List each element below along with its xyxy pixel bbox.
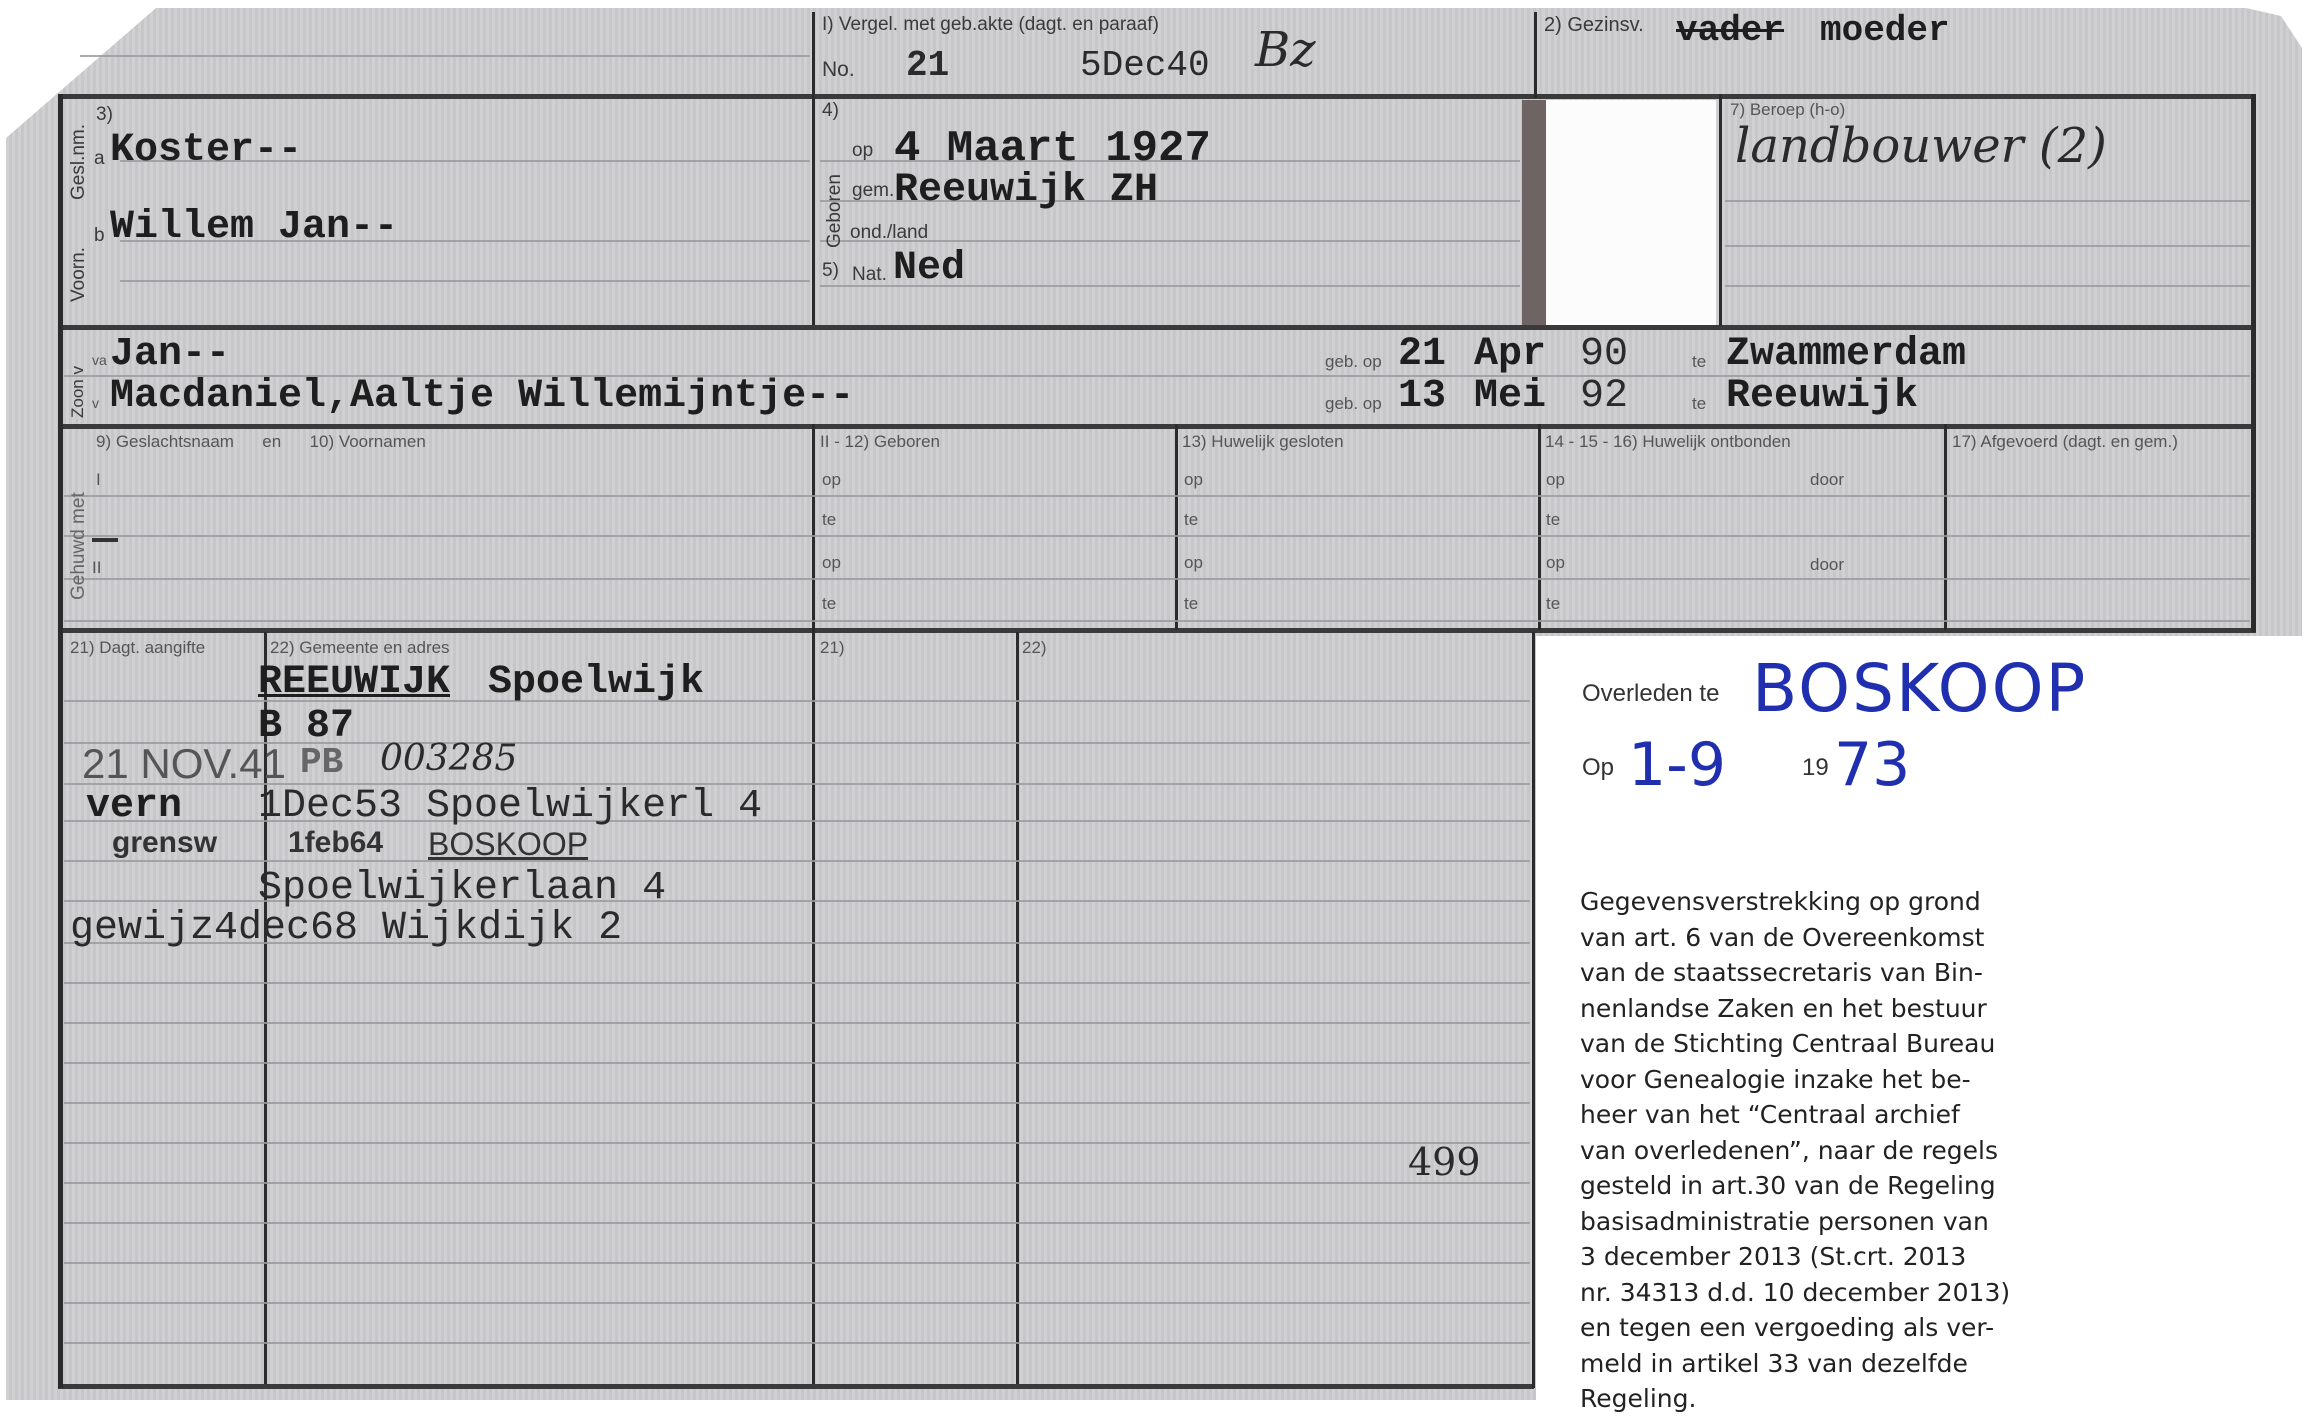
col3-op-1: op: [1184, 470, 1203, 490]
paraaf-signature: Bz: [1255, 22, 1316, 78]
geboren-side-label: Geboren: [824, 174, 846, 248]
ruling: [64, 620, 2250, 622]
header-divider: [1534, 12, 1537, 98]
frame-line: [58, 424, 2256, 429]
no-label: No.: [822, 58, 855, 82]
frame-left: [58, 94, 63, 1388]
father-te-label: te: [1692, 352, 1706, 372]
ruling: [80, 55, 810, 57]
ond-land-label: ond./land: [850, 222, 928, 244]
col4-op-2: op: [1546, 553, 1565, 573]
ruling: [64, 1142, 1530, 1144]
birth-op-label: op: [852, 140, 873, 162]
address-date-4: 1feb64: [288, 826, 383, 860]
marriage-divider: [1944, 424, 1947, 630]
cbg-notice: Gegevensverstrekking op grond van art. 6…: [1580, 884, 2010, 1417]
marriage-col2-header: II - 12) Geboren: [820, 432, 940, 452]
ruling: [64, 495, 2250, 497]
notice-line: nr. 34313 d.d. 10 december 2013): [1580, 1275, 2010, 1311]
ruling: [64, 1022, 1530, 1024]
notice-line: nenlandse Zaken en het bestuur: [1580, 991, 2010, 1027]
mother-birth-place: Reeuwijk: [1726, 374, 1918, 419]
notice-line: voor Genealogie inzake het be-: [1580, 1062, 2010, 1098]
father-name: Jan--: [110, 332, 230, 377]
vergelijking-date: 5Dec40: [1080, 45, 1210, 86]
photo-box-edge: [1522, 100, 1546, 325]
col21b-header: 21): [820, 638, 845, 658]
nationality-label: Nat.: [852, 264, 887, 286]
address-divider: [1532, 632, 1535, 1388]
ruling: [1725, 245, 2250, 247]
photo-box: [1546, 100, 1716, 325]
col4-te-2: te: [1546, 594, 1560, 614]
ruling: [120, 280, 810, 282]
col4-te-1: te: [1546, 510, 1560, 530]
birth-gem-label: gem.: [852, 180, 894, 202]
col21-header: 21) Dagt. aangifte: [70, 638, 205, 658]
father-birth-day: 21: [1398, 332, 1446, 377]
ruling: [64, 860, 1530, 862]
gehuwd-met-side-label: Gehuwd met: [68, 492, 90, 600]
col3-op-2: op: [1184, 553, 1203, 573]
ruling: [64, 1062, 1530, 1064]
col22b-header: 22): [1022, 638, 1047, 658]
notice-line: van overledenen”, naar de regels: [1580, 1133, 2010, 1169]
aangifte-stamp-date: 21 NOV.41: [82, 740, 286, 788]
surname-value: Koster--: [110, 128, 302, 173]
frame-line: [58, 94, 2256, 99]
death-date: 1-9: [1628, 730, 1726, 800]
field3-label: 3): [96, 104, 113, 126]
ruling: [1725, 200, 2250, 202]
surname-marker: a: [94, 148, 105, 170]
death-year-prefix: 19: [1802, 754, 1829, 782]
mother-geb-label: geb. op: [1325, 394, 1382, 414]
ruling: [1725, 285, 2250, 287]
col4-door-2: door: [1810, 555, 1844, 575]
vergelijking-label: I) Vergel. met geb.akte (dagt. en paraaf…: [822, 14, 1159, 36]
ruling: [64, 982, 1530, 984]
death-year-suffix: 73: [1834, 730, 1910, 800]
field5-label: 5): [822, 260, 839, 282]
notice-line: Regeling.: [1580, 1381, 2010, 1417]
col2-te-2: te: [822, 594, 836, 614]
notice-line: basisadministratie personen van: [1580, 1204, 2010, 1240]
notice-line: en tegen een vergoeding als ver-: [1580, 1310, 2010, 1346]
beroep-value: landbouwer (2): [1735, 118, 2107, 174]
father-geb-label: geb. op: [1325, 352, 1382, 372]
mother-te-label: te: [1692, 394, 1706, 414]
ruling: [64, 1262, 1530, 1264]
ruling: [64, 1342, 1530, 1344]
notice-line: gesteld in art.30 van de Regeling: [1580, 1168, 2010, 1204]
marriage-roman-2: II: [92, 558, 101, 578]
notice-line: van de Stichting Centraal Bureau: [1580, 1026, 2010, 1062]
col2-op-1: op: [822, 470, 841, 490]
mother-birth-month: Mei: [1474, 374, 1546, 419]
page-number: 499: [1408, 1140, 1481, 1184]
header-divider: [812, 12, 815, 325]
gezinsverhouding-struck: vader: [1676, 10, 1784, 51]
address-street-1: Spoelwijk: [488, 660, 704, 705]
occupation-divider: [1719, 94, 1722, 326]
death-op-label: Op: [1582, 754, 1614, 782]
frame-line: [58, 628, 2256, 633]
marriage-col3-header: 13) Huwelijk gesloten: [1182, 432, 1344, 452]
notice-line: van de staatssecretaris van Bin-: [1580, 955, 2010, 991]
notice-line: heer van het “Centraal archief: [1580, 1097, 2010, 1133]
ruling: [64, 1222, 1530, 1224]
marriage-col1-header: 9) Geslachtsnaam en 10) Voornamen: [96, 432, 426, 452]
frame-right: [2251, 94, 2256, 632]
address-line-3: 1Dec53 Spoelwijkerl 4: [258, 784, 762, 829]
zoon-van-side-label: Zoon v: [68, 366, 88, 418]
birth-place-value: Reeuwijk ZH: [894, 168, 1158, 213]
address-municipality-4: BOSKOOP: [428, 826, 588, 863]
field4-label: 4): [822, 100, 839, 122]
notice-line: 3 december 2013 (St.crt. 2013: [1580, 1239, 2010, 1275]
col3-te-1: te: [1184, 510, 1198, 530]
ruling: [64, 1102, 1530, 1104]
given-names-value: Willem Jan--: [110, 205, 398, 250]
marriage-col5-header: 17) Afgevoerd (dagt. en gem.): [1952, 432, 2178, 452]
col4-op-1: op: [1546, 470, 1565, 490]
marriage-roman-1: I: [96, 470, 101, 490]
mother-prefix: v: [92, 395, 99, 411]
birth-date-value: 4 Maart 1927: [894, 124, 1211, 174]
marriage-divider: [1175, 424, 1178, 630]
death-place: BOSKOOP: [1752, 650, 2087, 727]
given-names-marker: b: [94, 225, 105, 247]
col22-header: 22) Gemeente en adres: [270, 638, 450, 658]
address-line-6: gewijz4dec68 Wijkdijk 2: [70, 906, 622, 951]
voornamen-side-label: Voorn.: [68, 247, 90, 302]
verhuizing-label: vern: [86, 784, 182, 829]
col3-te-2: te: [1184, 594, 1198, 614]
marriage-divider: [812, 424, 815, 1384]
mother-birth-year: 92: [1580, 374, 1628, 419]
aangifte-stamp-suffix: PB: [300, 742, 343, 783]
notice-line: meld in artikel 33 van dezelfde: [1580, 1346, 2010, 1382]
marriage-separator: [92, 538, 118, 542]
ruling: [64, 535, 2250, 537]
ruling: [64, 1302, 1530, 1304]
frame-line: [58, 325, 2256, 330]
gezinsverhouding-label: 2) Gezinsv.: [1544, 14, 1644, 37]
father-birth-month: Apr: [1474, 332, 1546, 377]
marriage-divider: [1538, 424, 1541, 630]
gezinsverhouding-value: moeder: [1820, 10, 1950, 51]
col4-door-1: door: [1810, 470, 1844, 490]
nationality-value: Ned: [893, 246, 965, 291]
father-prefix: va: [92, 352, 107, 368]
ruling: [64, 578, 2250, 580]
overleden-label: Overleden te: [1582, 680, 1719, 708]
geslachtsnaam-side-label: Gesl.nm.: [68, 124, 90, 200]
ruling: [64, 1182, 1530, 1184]
handwritten-code: 003285: [380, 738, 517, 779]
address-municipality-1: REEUWIJK: [258, 660, 450, 705]
col2-op-2: op: [822, 553, 841, 573]
frame-line: [58, 1384, 1534, 1389]
father-birth-year: 90: [1580, 332, 1628, 377]
col2-te-1: te: [822, 510, 836, 530]
marriage-col4-header: 14 - 15 - 16) Huwelijk ontbonden: [1545, 432, 1791, 452]
mother-name: Macdaniel,Aaltje Willemijntje--: [110, 374, 854, 419]
mother-birth-day: 13: [1398, 374, 1446, 419]
notice-line: Gegevensverstrekking op grond: [1580, 884, 2010, 920]
akte-number: 21: [906, 45, 949, 86]
grenswijziging-label: grensw: [112, 826, 217, 860]
notice-line: van art. 6 van de Overeenkomst: [1580, 920, 2010, 956]
address-line-5: Spoelwijkerlaan 4: [258, 866, 666, 911]
father-birth-place: Zwammerdam: [1726, 332, 1966, 377]
address-divider: [1016, 632, 1019, 1384]
beroep-label: 7) Beroep (h-o): [1730, 100, 1845, 120]
